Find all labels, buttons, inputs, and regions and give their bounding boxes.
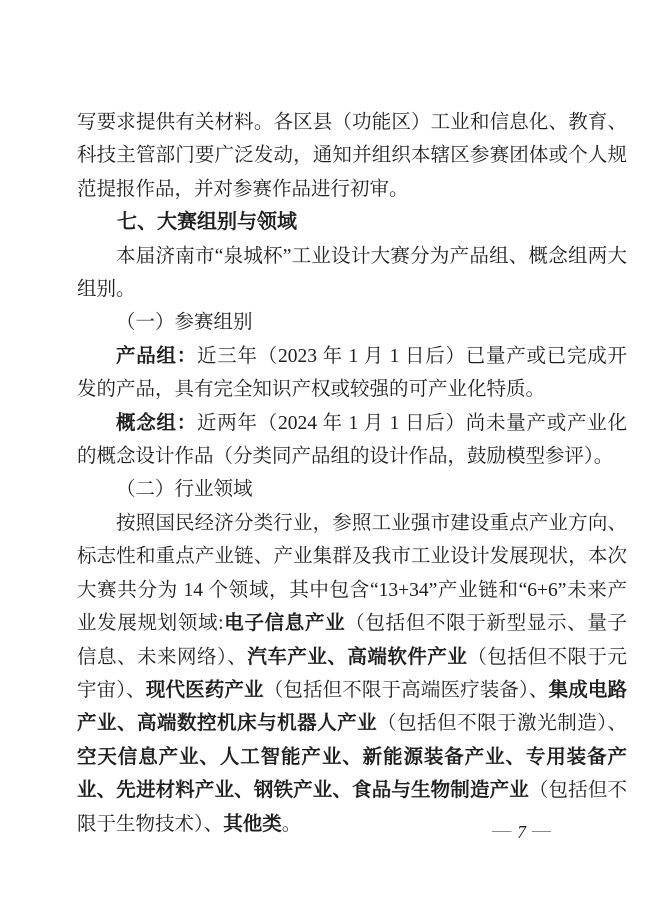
sub-heading-groups: （一）参赛组别: [77, 306, 627, 339]
text-run: （包括但不限于激光制造）、: [377, 713, 627, 734]
page-footer: — 7 —: [492, 822, 551, 842]
bold-text-run: 现代医药产业: [146, 680, 264, 701]
text-run: （二）行业领域: [116, 479, 253, 500]
bold-text-run: 电子信息产业: [224, 613, 346, 634]
document-body: 写要求提供有关材料。各区县（功能区）工业和信息化、教育、科技主管部门要广泛发动，…: [77, 106, 627, 841]
text-run: （一）参赛组别: [116, 312, 253, 333]
footer-page-number: 7: [517, 822, 526, 842]
footer-dash-left: —: [492, 821, 511, 841]
text-run: 写要求提供有关材料。各区县（功能区）工业和信息化、教育、科技主管部门要广泛发动，…: [77, 112, 627, 200]
bold-text-run: 汽车产业、高端软件产业: [247, 647, 467, 668]
body-paragraph-continuation: 写要求提供有关材料。各区县（功能区）工业和信息化、教育、科技主管部门要广泛发动，…: [77, 106, 627, 206]
bold-text-run: 其他类: [223, 814, 282, 835]
text-run: 。: [282, 814, 302, 835]
text-run: （包括但不限于高端医疗装备）、: [264, 680, 549, 701]
bold-text-run: 概念组：: [116, 413, 197, 434]
body-paragraph-concept-group: 概念组：近两年（2024 年 1 月 1 日后）尚未量产或产业化的概念设计作品（…: [77, 407, 627, 474]
sub-heading-industry: （二）行业领域: [77, 473, 627, 506]
section-heading: 七、大赛组别与领域: [77, 206, 627, 239]
text-run: 本届济南市“泉城杯”工业设计大赛分为产品组、概念组两大组别。: [77, 246, 627, 300]
bold-text-run: 产品组：: [116, 346, 197, 367]
body-paragraph-intro: 本届济南市“泉城杯”工业设计大赛分为产品组、概念组两大组别。: [77, 240, 627, 307]
body-paragraph-product-group: 产品组：近三年（2023 年 1 月 1 日后）已量产或已完成开发的产品，具有完…: [77, 340, 627, 407]
footer-dash-right: —: [532, 821, 551, 841]
bold-text-run: 七、大赛组别与领域: [117, 211, 297, 233]
body-paragraph-industry-fields: 按照国民经济分类行业，参照工业强市建设重点产业方向、标志性和重点产业链、产业集群…: [77, 507, 627, 841]
